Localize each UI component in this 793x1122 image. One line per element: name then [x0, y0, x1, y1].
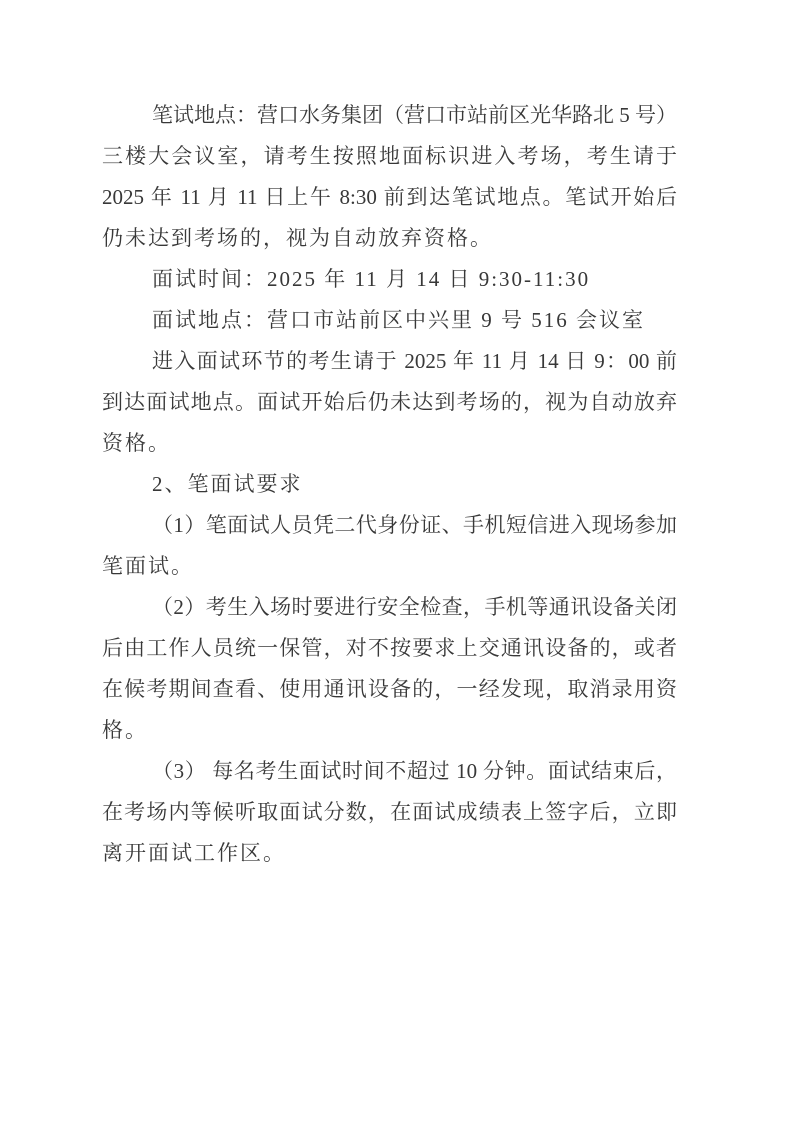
document-body: 笔试地点：营口水务集团（营口市站前区光华路北 5 号） 三楼大会议室，请考生按照…	[102, 95, 677, 874]
section-heading-line: 2、笔面试要求	[102, 464, 677, 505]
text-line: （2）考生入场时要进行安全检查，手机等通讯设备关闭	[102, 587, 677, 628]
paragraph-interview-time: 面试时间：2025 年 11 月 14 日 9:30-11:30	[102, 259, 677, 300]
document-page: 笔试地点：营口水务集团（营口市站前区光华路北 5 号） 三楼大会议室，请考生按照…	[0, 0, 793, 1122]
text-line: 笔试地点：营口水务集团（营口市站前区光华路北 5 号）	[102, 95, 677, 136]
text-line: 后由工作人员统一保管，对不按要求上交通讯设备的，或者	[102, 628, 677, 669]
text-line: 到达面试地点。面试开始后仍未达到考场的，视为自动放弃	[102, 382, 677, 423]
text-line: 资格。	[102, 423, 677, 464]
text-line: 三楼大会议室，请考生按照地面标识进入考场，考生请于	[102, 136, 677, 177]
text-line: 面试时间：2025 年 11 月 14 日 9:30-11:30	[102, 259, 677, 300]
paragraph-written-test-location: 笔试地点：营口水务集团（营口市站前区光华路北 5 号） 三楼大会议室，请考生按照…	[102, 95, 677, 259]
text-line: 格。	[102, 710, 677, 751]
text-line: 进入面试环节的考生请于 2025 年 11 月 14 日 9：00 前	[102, 341, 677, 382]
paragraph-interview-location: 面试地点：营口市站前区中兴里 9 号 516 会议室	[102, 300, 677, 341]
paragraph-requirement-2: （2）考生入场时要进行安全检查，手机等通讯设备关闭 后由工作人员统一保管，对不按…	[102, 587, 677, 751]
paragraph-interview-arrival: 进入面试环节的考生请于 2025 年 11 月 14 日 9：00 前 到达面试…	[102, 341, 677, 464]
text-line: 在考场内等候听取面试分数，在面试成绩表上签字后，立即	[102, 792, 677, 833]
paragraph-requirement-1: （1）笔面试人员凭二代身份证、手机短信进入现场参加 笔面试。	[102, 505, 677, 587]
text-line: 2025 年 11 月 11 日上午 8:30 前到达笔试地点。笔试开始后	[102, 177, 677, 218]
paragraph-requirement-3: （3） 每名考生面试时间不超过 10 分钟。面试结束后， 在考场内等候听取面试分…	[102, 751, 677, 874]
text-line: 笔面试。	[102, 546, 677, 587]
text-line: 仍未达到考场的，视为自动放弃资格。	[102, 218, 677, 259]
text-line: 面试地点：营口市站前区中兴里 9 号 516 会议室	[102, 300, 677, 341]
text-line: 在候考期间查看、使用通讯设备的，一经发现，取消录用资	[102, 669, 677, 710]
text-line: （3） 每名考生面试时间不超过 10 分钟。面试结束后，	[102, 751, 677, 792]
text-line: （1）笔面试人员凭二代身份证、手机短信进入现场参加	[102, 505, 677, 546]
text-line: 离开面试工作区。	[102, 833, 677, 874]
paragraph-section-heading: 2、笔面试要求	[102, 464, 677, 505]
